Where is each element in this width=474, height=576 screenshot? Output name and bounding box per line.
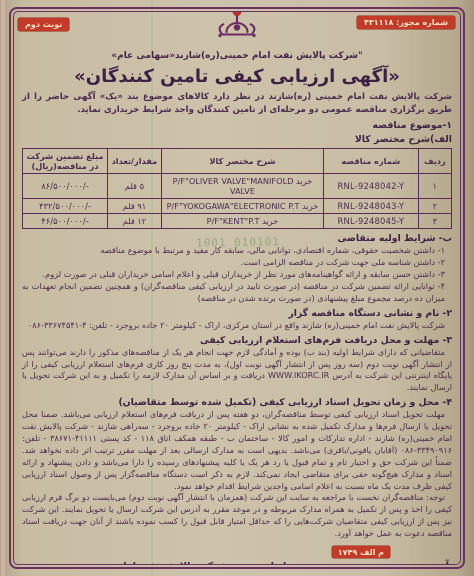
- guarantee-amount: ۴۳۲/۵۰۰/۰۰۰/-: [23, 199, 108, 214]
- footer-row: آدرس اینترنتی:WWW.IKORC.IR روابط عمومی ش…: [22, 561, 452, 564]
- row-no: ۱: [418, 174, 451, 199]
- newspaper-tender-ad: 010101 1001 شماره مجوز: ۴۳۱۱۱۸ نوبت دوم …: [0, 0, 474, 576]
- col-header-tender-no: شماره مناقصه: [324, 148, 419, 174]
- section-delivery-heading: ۴- محل و زمان تحویل اسناد ارزیابی کیفی (…: [22, 397, 452, 408]
- col-header-guarantee-amount: مبلغ تضمین شرکت در مناقصه(ریال): [23, 148, 108, 174]
- table-row: ۲ RNL-9248043-Y خرید P/F"YOKOGAWA"ELECTR…: [23, 199, 452, 214]
- tender-number: RNL-9248045-Y: [324, 214, 419, 229]
- malef-registration-badge: م الف ۱۷۴۹: [332, 546, 390, 558]
- condition-item: ۴- توانایی ارائه تضمین شرکت در مناقصه (د…: [22, 281, 452, 305]
- item-quantity: ۱۲ قلم: [108, 214, 162, 229]
- item-description: خرید P/F"OLIVER VALVE"MANIFOLD VALVE: [161, 174, 323, 199]
- table-header-row: ردیف شماره مناقصه شرح مختصر کالا مقدار/ت…: [23, 148, 452, 174]
- table-row: ۳ RNL-9248045-Y خرید P/F"KENT"P.T ۱۲ قلم…: [23, 214, 452, 229]
- col-header-quantity: مقدار/تعداد: [108, 148, 162, 174]
- permit-number-badge: شماره مجوز: ۴۳۱۱۱۸: [357, 16, 455, 29]
- edition-badge: نوبت دوم: [18, 18, 69, 31]
- section-subject-heading: ۱-موضوع مناقصه: [22, 120, 452, 131]
- row-no: ۲: [418, 199, 451, 214]
- tender-number: RNL-9248043-Y: [324, 199, 419, 214]
- item-description: خرید P/F"YOKOGAWA"ELECTRONIC P.T: [161, 199, 323, 214]
- item-quantity: ۵ قلم: [108, 174, 162, 199]
- tender-items-table: ردیف شماره مناقصه شرح مختصر کالا مقدار/ت…: [22, 148, 452, 230]
- ad-title: «آگهی ارزیابی کیفی تامین کنندگان»: [22, 66, 452, 87]
- item-quantity: ۹۱ قلم: [108, 199, 162, 214]
- website-address: آدرس اینترنتی:WWW.IKORC.IR: [298, 561, 449, 564]
- section-subject-subheading: الف)شرح مختصر کالا: [22, 134, 452, 145]
- section-address-body: شرکت پالایش نفت امام خمینی(ره) شازند واق…: [22, 320, 452, 332]
- section-delivery-body: مهلت تحویل اسناد ارزیابی کیفی توسط مناقص…: [22, 409, 452, 492]
- section-forms-heading: ۳- مهلت و محل دریافت فرم‌های استعلام ارز…: [22, 335, 452, 346]
- condition-item: ۲- داشتن شناسه ملی جهت شرکت در مناقصه ال…: [22, 257, 452, 269]
- guarantee-amount: ۴۶/۵۰۰/۰۰۰/-: [23, 214, 108, 229]
- guarantee-amount: ۸۶/۵۰۰/۰۰۰/-: [23, 174, 108, 199]
- section-address-heading: ۲- نام و نشانی دستگاه مناقصه گزار: [22, 308, 452, 319]
- company-name: "شرکت پالایش نفت امام خمینی(ره)شازند«سها…: [22, 51, 452, 61]
- scan-edge-artifact: [1, 0, 5, 576]
- condition-item: ۳- داشتن حسن سابقه و ارائه گواهینامه‌های…: [22, 269, 452, 281]
- condition-item: ۱- داشتن شخصیت حقوقی، شماره اقتصادی، توا…: [22, 245, 452, 257]
- col-header-row-no: ردیف: [418, 148, 451, 174]
- tender-number: RNL-9248042-Y: [324, 174, 419, 199]
- item-description: خرید P/F"KENT"P.T: [161, 214, 323, 229]
- nioc-oil-company-logo-icon: [213, 12, 261, 51]
- row-no: ۳: [418, 214, 451, 229]
- section-forms-body: متقاضیانی که دارای شرایط اولیه (بند ب) ب…: [22, 347, 452, 395]
- ad-content: شماره مجوز: ۴۳۱۱۱۸ نوبت دوم "شرکت پالایش…: [15, 12, 459, 564]
- section-delivery-note: توجه: مناقصه‌گران نخست با مراجعه به سایت…: [22, 492, 452, 540]
- publisher-line: روابط عمومی شرکت پالایش نفت امام خمینی(ر…: [25, 561, 298, 564]
- col-header-description: شرح مختصر کالا: [161, 148, 323, 174]
- table-row: ۱ RNL-9248042-Y خرید P/F"OLIVER VALVE"MA…: [23, 174, 452, 199]
- section-conditions-heading: ب- شرایط اولیه متقاضی: [22, 233, 452, 244]
- intro-paragraph: شرکت پالایش نفت امام خمینی (ره)شازند در …: [22, 91, 452, 117]
